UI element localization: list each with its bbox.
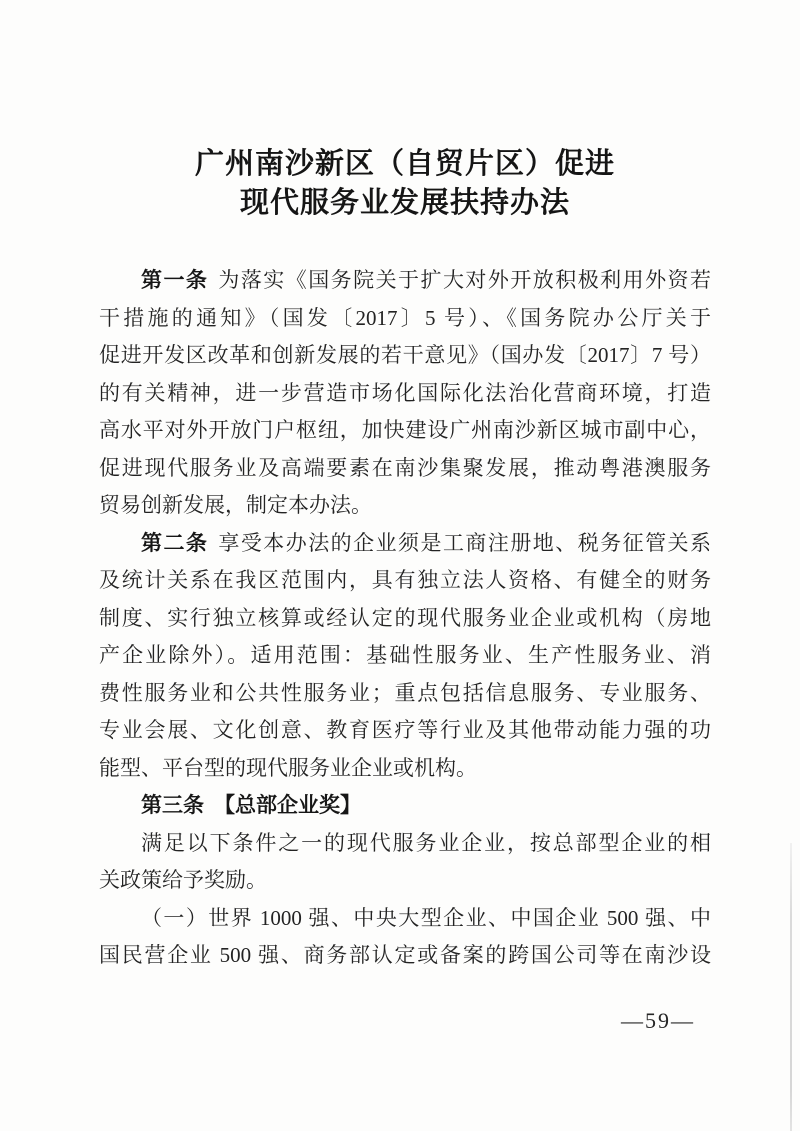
text-line: 关政策给予奖励。 bbox=[99, 862, 711, 900]
title-line-2: 现代服务业发展扶持办法 bbox=[99, 184, 711, 223]
text-line: 高水平对外开放门户枢纽，加快建设广州南沙新区城市副中心， bbox=[99, 412, 711, 450]
article-3-label: 第三条 bbox=[141, 793, 204, 817]
line-text: 享受本办法的企业须是工商注册地、税务征管关系 bbox=[218, 531, 711, 555]
text-line: 制度、实行独立核算或经认定的现代服务业企业或机构（房地 bbox=[99, 600, 711, 638]
text-line: 国民营企业 500 强、商务部认定或备案的跨国公司等在南沙设 bbox=[99, 937, 711, 975]
document-body: 第一条为落实《国务院关于扩大对外开放积极利用外资若 干措施的通知》（国发〔201… bbox=[99, 262, 711, 975]
text-line: 专业会展、文化创意、教育医疗等行业及其他带动能力强的功 bbox=[99, 712, 711, 750]
page-content: 广州南沙新区（自贸片区）促进 现代服务业发展扶持办法 第一条为落实《国务院关于扩… bbox=[99, 145, 711, 975]
document-title: 广州南沙新区（自贸片区）促进 现代服务业发展扶持办法 bbox=[99, 145, 711, 223]
article-3-heading-line: 第三条【总部企业奖】 bbox=[99, 787, 711, 825]
text-line: 第一条为落实《国务院关于扩大对外开放积极利用外资若 bbox=[99, 262, 711, 300]
text-line: 第二条享受本办法的企业须是工商注册地、税务征管关系 bbox=[99, 525, 711, 563]
text-line: 满足以下条件之一的现代服务业企业，按总部型企业的相 bbox=[99, 825, 711, 863]
text-line: （一）世界 1000 强、中央大型企业、中国企业 500 强、中 bbox=[99, 900, 711, 938]
line-text: 为落实《国务院关于扩大对外开放积极利用外资若 bbox=[218, 268, 711, 292]
article-3: 第三条【总部企业奖】 bbox=[99, 787, 711, 825]
article-1-label: 第一条 bbox=[141, 268, 208, 292]
article-1: 第一条为落实《国务院关于扩大对外开放积极利用外资若 干措施的通知》（国发〔201… bbox=[99, 262, 711, 525]
document-page: 广州南沙新区（自贸片区）促进 现代服务业发展扶持办法 第一条为落实《国务院关于扩… bbox=[0, 0, 800, 1131]
article-2: 第二条享受本办法的企业须是工商注册地、税务征管关系 及统计关系在我区范围内，具有… bbox=[99, 525, 711, 788]
text-line: 干措施的通知》（国发〔2017〕5 号）、《国务院办公厅关于 bbox=[99, 300, 711, 338]
article-2-label: 第二条 bbox=[141, 531, 208, 555]
text-line: 费性服务业和公共性服务业；重点包括信息服务、专业服务、 bbox=[99, 675, 711, 713]
text-line: 的有关精神，进一步营造市场化国际化法治化营商环境，打造 bbox=[99, 375, 711, 413]
page-number: —59— bbox=[621, 1008, 695, 1034]
text-line: 产企业除外）。适用范围：基础性服务业、生产性服务业、消 bbox=[99, 637, 711, 675]
article-3-paragraph: 满足以下条件之一的现代服务业企业，按总部型企业的相 关政策给予奖励。 bbox=[99, 825, 711, 900]
text-line: 贸易创新发展，制定本办法。 bbox=[99, 487, 711, 525]
text-line: 促进现代服务业及高端要素在南沙集聚发展，推动粤港澳服务 bbox=[99, 450, 711, 488]
text-line: 及统计关系在我区范围内，具有独立法人资格、有健全的财务 bbox=[99, 562, 711, 600]
title-line-1: 广州南沙新区（自贸片区）促进 bbox=[99, 145, 711, 184]
article-3-heading: 【总部企业奖】 bbox=[214, 793, 361, 817]
text-line: 促进开发区改革和创新发展的若干意见》（国办发〔2017〕7 号） bbox=[99, 337, 711, 375]
article-3-item-1: （一）世界 1000 强、中央大型企业、中国企业 500 强、中 国民营企业 5… bbox=[99, 900, 711, 975]
scan-edge-shadow bbox=[790, 843, 792, 1131]
text-line: 能型、平台型的现代服务业企业或机构。 bbox=[99, 750, 711, 788]
